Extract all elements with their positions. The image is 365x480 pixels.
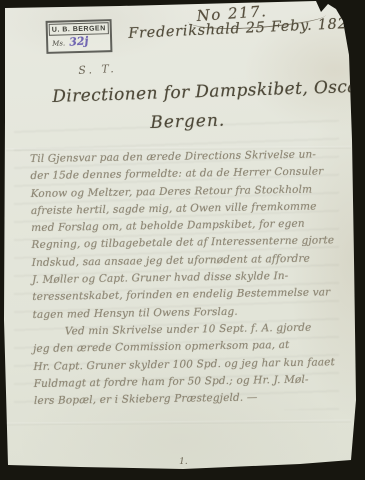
stamp-ms-label: Ms. <box>52 39 65 47</box>
letter-body: Til Gjensvar paa den ærede Directions Sk… <box>30 146 337 410</box>
paper-crease <box>6 419 351 425</box>
library-stamp: U. B. BERGEN Ms. 32j <box>46 19 113 54</box>
letter-paper: U. B. BERGEN Ms. 32j No 217. Frederiksha… <box>0 0 365 480</box>
stamp-shelf-number: 32j <box>69 36 89 47</box>
page-number: 1. <box>179 457 188 467</box>
recipient-city: Bergen. <box>150 111 226 133</box>
stamp-shelf-row: Ms. 32j <box>49 34 109 51</box>
recipient-line: Directionen for Dampskibet, Oscar, <box>52 76 365 107</box>
salutation-abbrev: S. T. <box>78 62 117 77</box>
